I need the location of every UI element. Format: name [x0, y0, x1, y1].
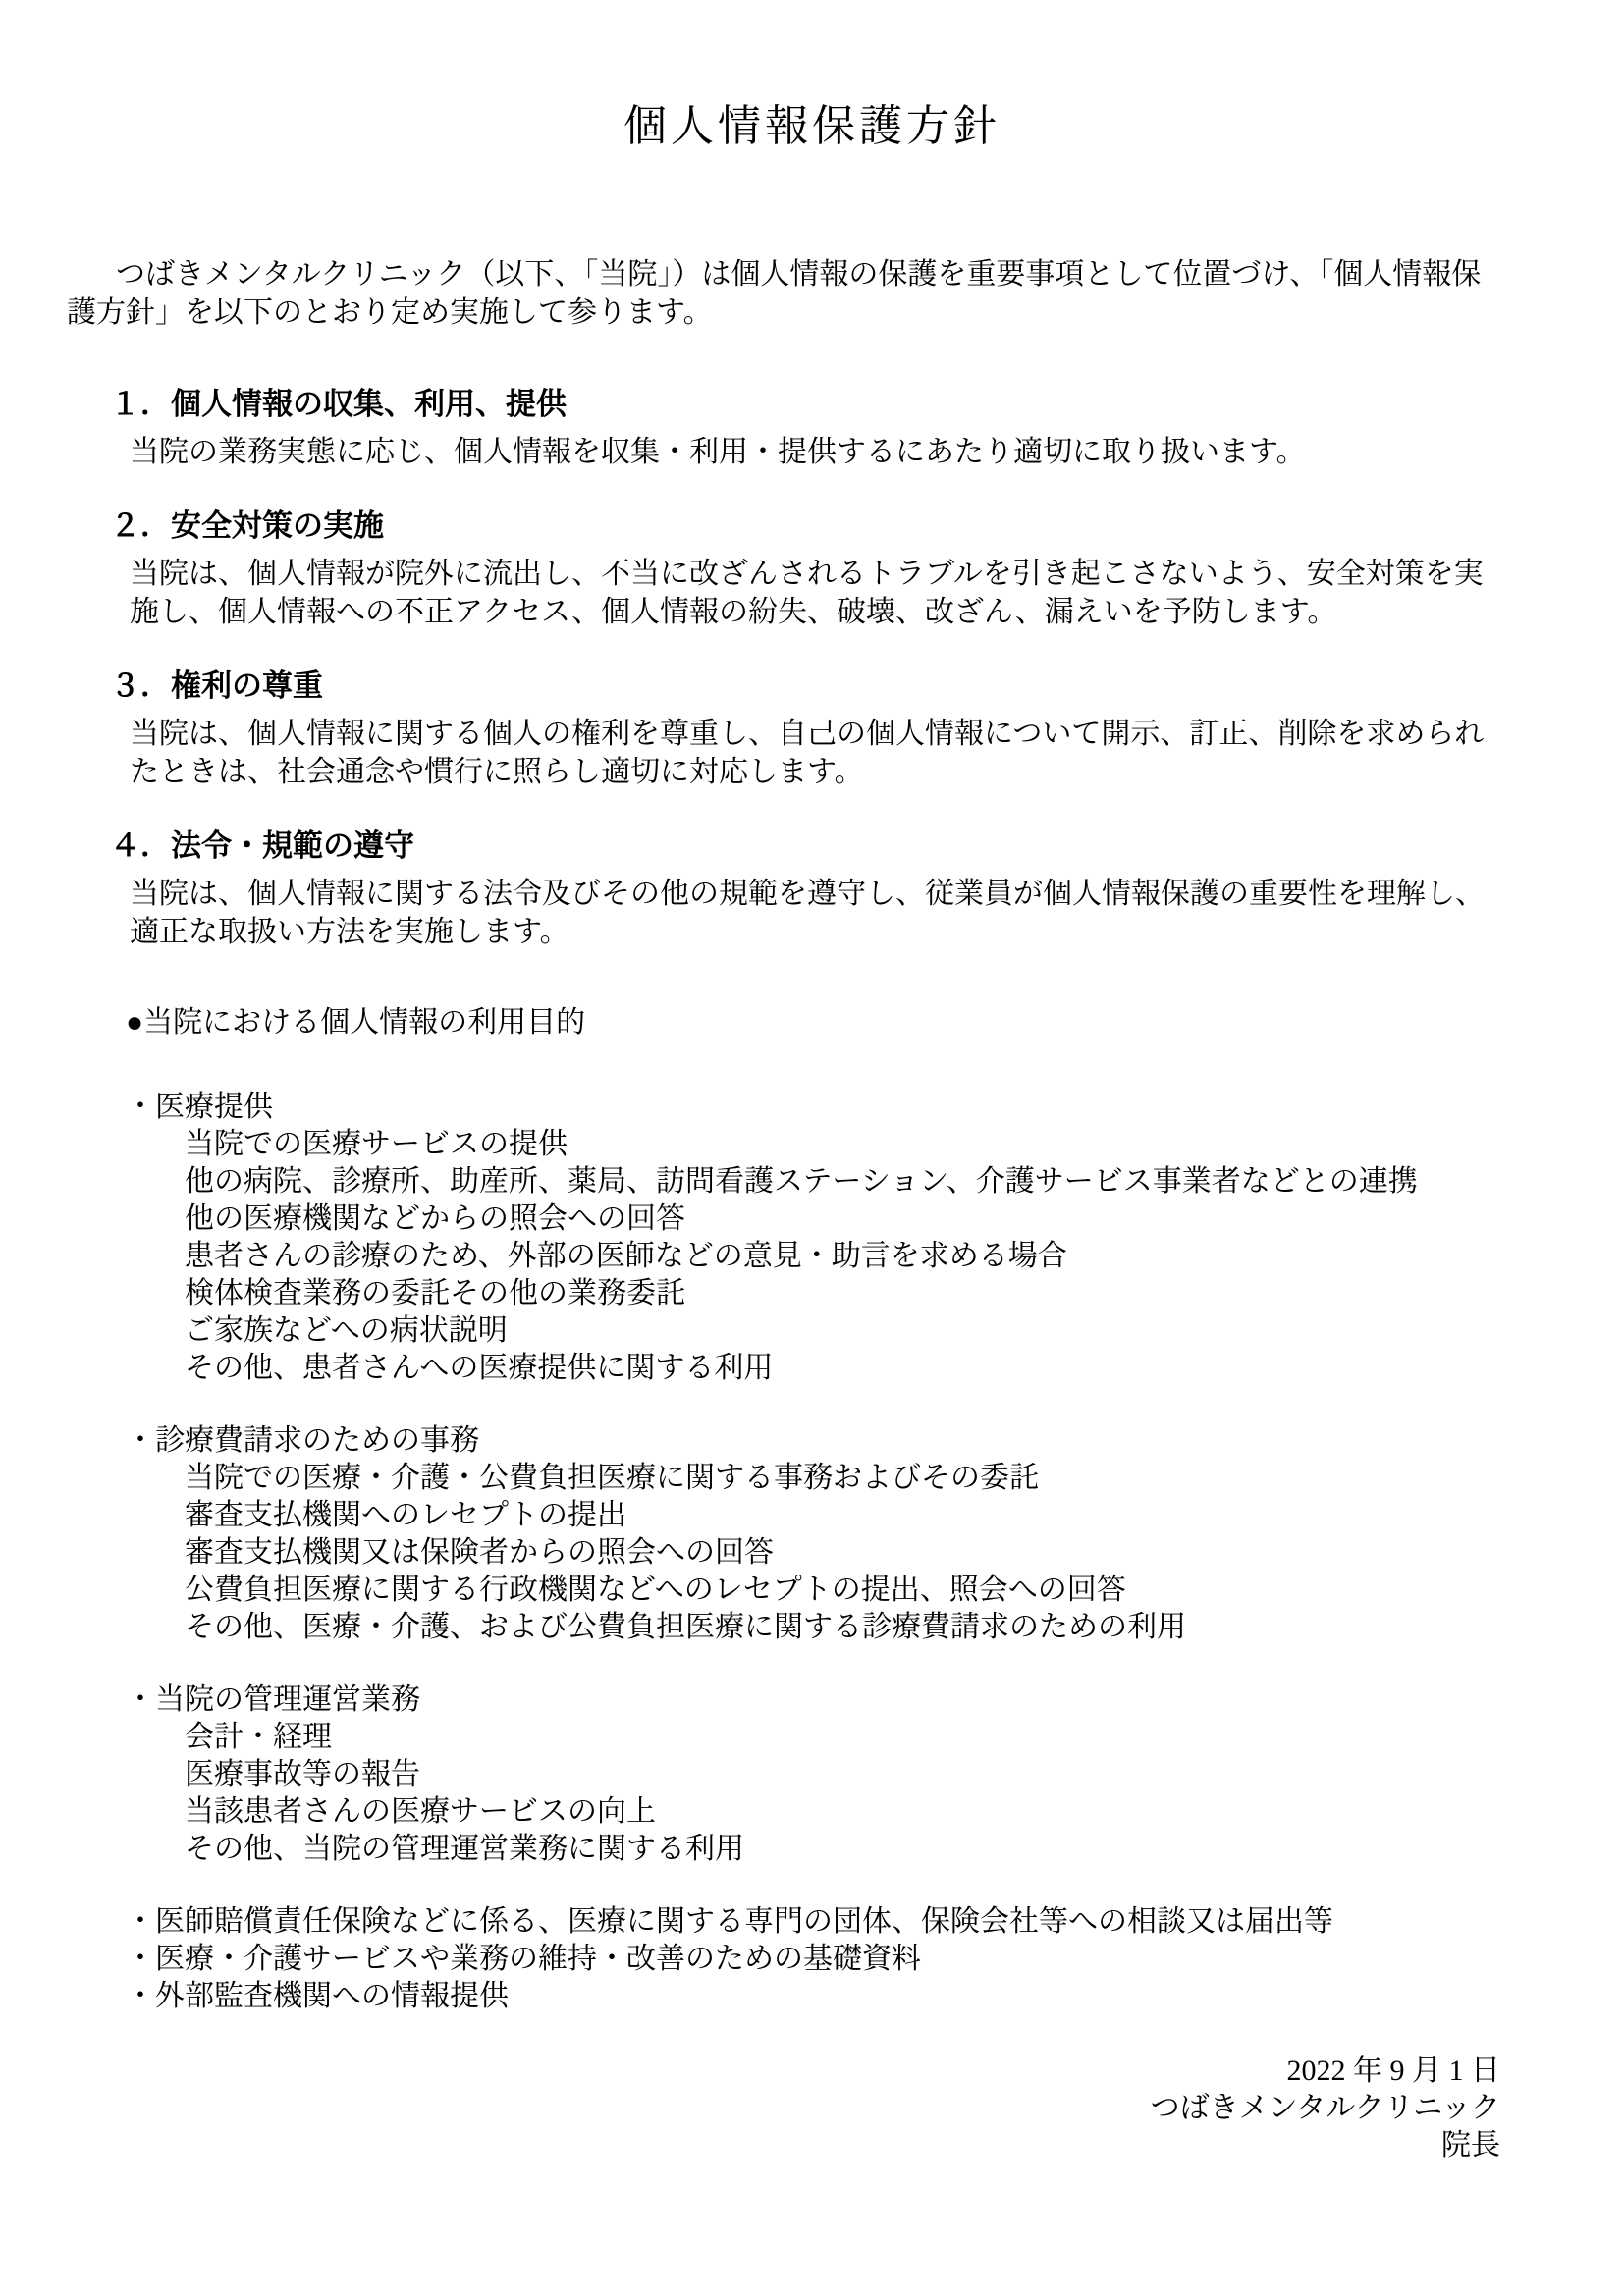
purpose-group-billing: ・診療費請求のための事務 当院での医療・介護・公費負担医療に関する事務およびその…	[0, 1422, 1624, 1646]
list-item: 公費負担医療に関する行政機関などへのレセプトの提出、照会への回答	[185, 1572, 1506, 1609]
list-item: 審査支払機関又は保険者からの照会への回答	[185, 1534, 1506, 1572]
list-item: 医療事故等の報告	[185, 1756, 1506, 1793]
list-item: 当院での医療・介護・公費負担医療に関する事務およびその委託	[185, 1460, 1506, 1497]
list-item: 当該患者さんの医療サービスの向上	[185, 1793, 1506, 1831]
additional-purpose-bullets: ・医師賠償責任保険などに係る、医療に関する専門の団体、保険会社等への相談又は届出…	[0, 1903, 1624, 2015]
intro-paragraph: つばきメンタルクリニック（以下、「当院」）は個人情報の保護を重要事項として位置づ…	[67, 255, 1506, 332]
section-security: ２．安全対策の実施 当院は、個人情報が院外に流出し、不当に改ざんされるトラブルを…	[0, 507, 1624, 631]
list-item: ご家族などへの病状説明	[185, 1312, 1506, 1350]
section-security-heading: ２．安全対策の実施	[110, 507, 1506, 546]
section-rights-body: 当院は、個人情報に関する個人の権利を尊重し、自己の個人情報について開示、訂正、削…	[130, 715, 1506, 791]
section-security-body: 当院は、個人情報が院外に流出し、不当に改ざんされるトラブルを引き起こさないよう、…	[130, 555, 1506, 631]
section-compliance-body: 当院は、個人情報に関する法令及びその他の規範を遵守し、従業員が個人情報保護の重要…	[130, 875, 1506, 951]
list-item: 他の病院、診療所、助産所、薬局、訪問看護ステーション、介護サービス事業者などとの…	[185, 1163, 1506, 1201]
list-item: 会計・経理	[185, 1719, 1506, 1756]
section-collection: １．個人情報の収集、利用、提供 当院の業務実態に応じ、個人情報を収集・利用・提供…	[0, 385, 1624, 471]
purpose-group-management: ・当院の管理運営業務 会計・経理 医療事故等の報告 当該患者さんの医療サービスの…	[0, 1682, 1624, 1868]
group-label: ・医療提供	[126, 1089, 1506, 1126]
group-label: ・診療費請求のための事務	[126, 1422, 1506, 1460]
purpose-heading: ●当院における個人情報の利用目的	[126, 1004, 1506, 1041]
list-item: ・医師賠償責任保険などに係る、医療に関する専門の団体、保険会社等への相談又は届出…	[126, 1903, 1506, 1941]
list-item: その他、医療・介護、および公費負担医療に関する診療費請求のための利用	[185, 1609, 1506, 1646]
date-line: 2022 年 9 月 1 日	[0, 2053, 1500, 2090]
section-compliance: ４．法令・規範の遵守 当院は、個人情報に関する法令及びその他の規範を遵守し、従業…	[0, 827, 1624, 951]
section-collection-heading: １．個人情報の収集、利用、提供	[110, 385, 1506, 424]
section-rights-heading: ３．権利の尊重	[110, 667, 1506, 706]
section-collection-body: 当院の業務実態に応じ、個人情報を収集・利用・提供するにあたり適切に取り扱います。	[130, 433, 1506, 471]
list-item: ・外部監査機関への情報提供	[126, 1978, 1506, 2015]
section-compliance-heading: ４．法令・規範の遵守	[110, 827, 1506, 866]
list-item: 当院での医療サービスの提供	[185, 1126, 1506, 1163]
signer-line: 院長	[0, 2127, 1500, 2164]
list-item: その他、患者さんへの医療提供に関する利用	[185, 1350, 1506, 1387]
list-item: 審査支払機関へのレセプトの提出	[185, 1497, 1506, 1534]
list-item: ・医療・介護サービスや業務の維持・改善のための基礎資料	[126, 1941, 1506, 1978]
section-rights: ３．権利の尊重 当院は、個人情報に関する個人の権利を尊重し、自己の個人情報につい…	[0, 667, 1624, 791]
list-item: その他、当院の管理運営業務に関する利用	[185, 1831, 1506, 1868]
list-item: 他の医療機関などからの照会への回答	[185, 1201, 1506, 1238]
purpose-group-medical-care: ・医療提供 当院での医療サービスの提供 他の病院、診療所、助産所、薬局、訪問看護…	[0, 1089, 1624, 1387]
list-item: 患者さんの診療のため、外部の医師などの意見・助言を求める場合	[185, 1238, 1506, 1275]
signature-block: 2022 年 9 月 1 日 つばきメンタルクリニック 院長	[0, 2053, 1624, 2164]
list-item: 検体検査業務の委託その他の業務委託	[185, 1275, 1506, 1312]
clinic-name-line: つばきメンタルクリニック	[0, 2090, 1500, 2127]
page-title: 個人情報保護方針	[0, 90, 1624, 153]
privacy-policy-document: 個人情報保護方針 つばきメンタルクリニック（以下、「当院」）は個人情報の保護を重…	[0, 0, 1624, 2296]
group-label: ・当院の管理運営業務	[126, 1682, 1506, 1719]
